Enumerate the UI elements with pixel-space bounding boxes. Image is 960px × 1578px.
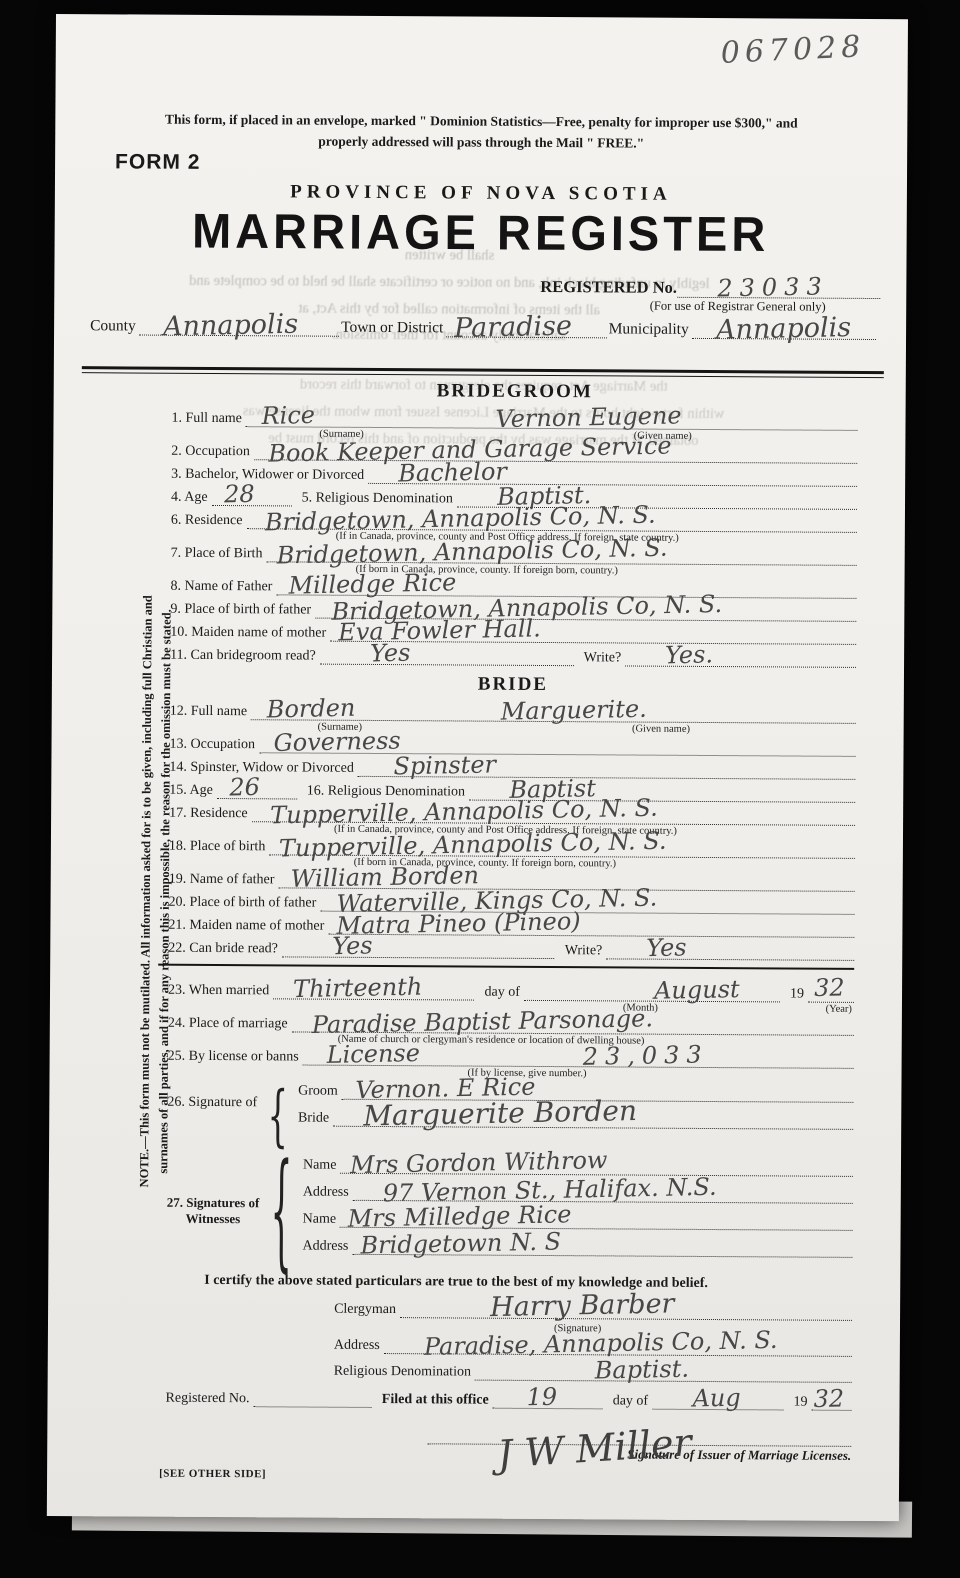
issuer-signature-row: J W Miller (165, 1412, 851, 1447)
field-label: 17. Residence (169, 806, 252, 823)
clergyman-block: Clergyman Harry Barber (Signature) Addre… (334, 1300, 852, 1383)
field-label: 4. Age (171, 490, 212, 506)
handwritten-value: Yes (332, 931, 373, 960)
field-label: day of (603, 1393, 652, 1409)
handwritten-value: 23,033 (582, 1040, 709, 1071)
field-label: Address (303, 1185, 353, 1201)
clergyman-signature: Harry Barber (490, 1288, 675, 1323)
field-label: 20. Place of birth of father (169, 895, 321, 912)
field-label: Filed at this office (372, 1392, 493, 1409)
dotted-line: Bachelor (368, 465, 857, 487)
dotted-line: Marguerite Borden (333, 1108, 853, 1130)
handwritten-value: Rice (262, 401, 316, 430)
dotted-line: 19 (493, 1390, 603, 1410)
field-row: Name Mrs Gordon Withrow (303, 1156, 853, 1177)
dotted-line: Mrs Gordon Withrow (340, 1155, 853, 1177)
witness-label-line: Witnesses (167, 1211, 260, 1228)
handwritten-value: Vernon Eugene (496, 401, 683, 433)
field-label: 3. Bachelor, Widower or Divorced (171, 467, 368, 484)
dotted-line: Annapolis (692, 320, 876, 340)
dotted-line: Annapolis (139, 317, 339, 337)
dotted-line: Mrs Milledge Rice (340, 1209, 853, 1231)
issuer-signature: J W Miller (496, 1420, 693, 1476)
dotted-line (253, 1388, 371, 1408)
registered-number-block: REGISTERED No. 23033 (For use of Registr… (540, 277, 880, 315)
handwritten-value: August (654, 975, 740, 1005)
field-label: 23. When married (168, 983, 273, 1000)
field-row: 17. Residence Tupperville, Annapolis Co,… (169, 804, 855, 826)
field-label: 11. Can bridegroom read? (170, 648, 320, 665)
dotted-line: Spinster (358, 758, 856, 780)
dotted-line: 32 (808, 984, 854, 1003)
field-label: 8. Name of Father (170, 579, 276, 596)
dotted-line: 23033 (677, 279, 880, 299)
dotted-line: Tupperville, Annapolis Co, N. S. (269, 836, 855, 859)
witness-address: Bridgetown N. S (360, 1227, 561, 1259)
dotted-line: Rice Vernon Eugene (246, 408, 858, 431)
field-label: Clergyman (334, 1302, 400, 1318)
caption: (Given name) (632, 724, 690, 735)
field-label: Registered No. (165, 1391, 253, 1408)
dotted-line: Borden Marguerite. (251, 701, 856, 724)
field-row: 12. Full name Borden Marguerite. (170, 702, 856, 724)
field-label: 12. Full name (170, 704, 251, 720)
dotted-line: Yes (606, 940, 854, 961)
field-label: Name (303, 1158, 341, 1174)
handwritten-value: Marguerite. (501, 695, 648, 726)
form-body: BRIDEGROOM 1. Full name Rice Vernon Euge… (47, 376, 906, 1484)
field-label: day of (474, 985, 523, 1001)
handwritten-value: Yes (646, 933, 687, 962)
dotted-line: License 23,033 (303, 1047, 854, 1069)
field-row: Address 97 Vernon St., Halifax. N.S. (303, 1183, 853, 1204)
field-label: 25. By license or banns (168, 1049, 303, 1066)
dotted-line: J W Miller (427, 1413, 851, 1447)
dotted-line: Paradise (446, 318, 606, 338)
field-row: Address Bridgetown N. S (302, 1237, 852, 1258)
field-label: 26. Signature of (167, 1081, 257, 1150)
field-row: 6. Residence Bridgetown, Annapolis Co, N… (171, 511, 857, 533)
year-prefix: 19 (783, 1394, 811, 1410)
bride-heading: BRIDE (170, 672, 856, 698)
field-row: 1. Full name Rice Vernon Eugene (171, 409, 857, 431)
dotted-line: Thirteenth (273, 980, 474, 1000)
field-row: 21. Maiden name of mother Matra Pineo (P… (168, 916, 854, 938)
field-label: Address (302, 1239, 352, 1255)
dotted-line: Paradise Baptist Parsonage. (292, 1013, 854, 1035)
brace-glyph: { (270, 1135, 293, 1285)
field-label: 21. Maiden name of mother (168, 918, 328, 935)
field-label: 1. Full name (171, 411, 245, 427)
field-label: 2. Occupation (171, 444, 254, 461)
field-label: 9. Place of birth of father (170, 602, 315, 619)
field-label: 15. Age (169, 783, 217, 799)
field-label: 10. Maiden name of mother (170, 625, 330, 642)
field-row: 2. Occupation Book Keeper and Garage Ser… (171, 442, 857, 464)
county-value: Annapolis (162, 309, 298, 343)
handwritten-value: Bachelor (398, 457, 507, 487)
field-label: Name (303, 1212, 341, 1228)
field-label: 27. Signatures of Witnesses (166, 1155, 259, 1264)
field-row: 11. Can bridegroom read? Yes Write? Yes. (170, 646, 856, 668)
field-row: Religious Denomination Baptist. (334, 1362, 852, 1383)
field-label: 19. Name of father (169, 872, 279, 889)
registered-no-value: 23033 (717, 272, 829, 302)
field-row: Registered No. Filed at this office 19 d… (165, 1389, 851, 1411)
municipality-value: Annapolis (715, 312, 851, 346)
handwritten-value: Thirteenth (293, 973, 423, 1004)
handwritten-value: Baptist. (595, 1355, 690, 1385)
certification-statement: I certify the above stated particulars a… (204, 1273, 852, 1293)
field-label: 13. Occupation (169, 737, 259, 754)
field-label: Bride (298, 1110, 333, 1126)
handwritten-value: 32 (814, 973, 845, 1002)
dotted-line: Yes (320, 646, 574, 667)
field-label: 18. Place of birth (169, 839, 270, 856)
dotted-line: August (524, 982, 780, 1003)
dotted-line: Baptist. (475, 1362, 852, 1383)
scanned-page: 067028 shall be written legibly in unfad… (47, 14, 908, 1521)
caption: (Year) (826, 1004, 852, 1015)
witness-label-line: 27. Signatures of (167, 1195, 260, 1212)
dotted-line: Harry Barber (400, 1299, 852, 1321)
field-label: Address (334, 1338, 384, 1354)
handwritten-value: Aug (692, 1384, 741, 1413)
scan-background: { "scan": { "doc_number": "067028" }, "h… (0, 0, 960, 1578)
district-value: Paradise (454, 311, 572, 344)
handwritten-value: Governess (273, 726, 401, 757)
dotted-line: Aug (652, 1391, 784, 1411)
municipality-label: Municipality (607, 320, 692, 339)
handwritten-value: 32 (813, 1384, 844, 1413)
dotted-line: Yes (282, 938, 555, 959)
dotted-line: Bridgetown, Annapolis Co, N. S. (266, 543, 856, 566)
field-label: Groom (298, 1083, 342, 1099)
form-number-label: FORM 2 (115, 150, 200, 175)
field-row: 22. Can bride read? Yes Write? Yes (168, 939, 854, 961)
district-label: Town or District (339, 319, 446, 338)
handwritten-value: Yes. (665, 640, 713, 669)
field-label: 7. Place of Birth (171, 546, 267, 563)
handwritten-value: Yes (369, 639, 410, 668)
year-prefix: 19 (780, 986, 808, 1002)
page-title: MARRIAGE REGISTER (55, 201, 907, 263)
field-label: 24. Place of marriage (168, 1016, 292, 1033)
dotted-line: Governess (259, 734, 856, 757)
handwritten-value: Matra Pineo (Pineo) (336, 907, 581, 940)
dotted-line: Paradise, Annapolis Co, N. S. (384, 1335, 852, 1357)
field-row: Name Mrs Milledge Rice (303, 1210, 853, 1231)
witness-column: Name Mrs Gordon Withrow Address 97 Verno… (302, 1156, 853, 1267)
dotted-line: 32 (811, 1392, 851, 1411)
signature-column: Groom Vernon. E Rice Bride Marguerite Bo… (298, 1081, 854, 1152)
field-row: 10. Maiden name of mother Eva Fowler Hal… (170, 623, 856, 645)
section-divider (158, 964, 854, 973)
handwritten-value: Borden (267, 694, 356, 724)
handwritten-value: 19 (526, 1383, 557, 1412)
county-row: County Annapolis Town or District Paradi… (88, 316, 876, 340)
field-label: Write? (574, 650, 626, 666)
field-label: Religious Denomination (334, 1364, 475, 1381)
dotted-line: 28 (212, 487, 292, 506)
margin-note: NOTE.—This form must not be mutilated. A… (135, 543, 177, 1239)
handwritten-value: Eva Fowler Hall. (338, 614, 541, 646)
document-number: 067028 (721, 29, 867, 71)
mail-instructions: This form, if placed in an envelope, mar… (55, 109, 907, 156)
dotted-line: Matra Pineo (Pineo) (328, 916, 854, 938)
county-label: County (88, 317, 139, 335)
witnesses-block: 27. Signatures of Witnesses { Name Mrs G… (166, 1155, 853, 1267)
field-label: 14. Spinster, Widow or Divorced (169, 760, 358, 777)
bride-signature: Marguerite Borden (363, 1094, 637, 1132)
handwritten-value: 26 (229, 773, 260, 802)
field-label: 6. Residence (171, 513, 247, 529)
dotted-line: 97 Vernon St., Halifax. N.S. (353, 1182, 853, 1204)
dotted-line: Book Keeper and Garage Service (254, 441, 858, 464)
field-label: 22. Can bride read? (168, 941, 282, 958)
registered-no-label: REGISTERED No. (540, 277, 677, 298)
dotted-line: Yes. (625, 647, 856, 667)
dotted-line: Tupperville, Annapolis Co, N. S. (252, 803, 856, 826)
field-row: Clergyman Harry Barber (334, 1300, 852, 1321)
handwritten-value: License (326, 1039, 420, 1069)
handwritten-value: Paradise Baptist Parsonage. (311, 1004, 653, 1039)
dotted-line: Bridgetown N. S (352, 1236, 852, 1258)
witness-name: Mrs Gordon Withrow (350, 1146, 608, 1179)
dotted-line: Bridgetown, Annapolis Co, N. S. (246, 510, 857, 533)
handwritten-value: Spinster (394, 750, 497, 780)
field-row: 13. Occupation Governess (169, 735, 855, 757)
field-label: Write? (555, 943, 607, 959)
dotted-line: 26 (217, 780, 297, 799)
handwritten-value: 28 (223, 480, 254, 509)
field-row: Address Paradise, Annapolis Co, N. S. (334, 1336, 852, 1357)
field-row: Bride Marguerite Borden (298, 1108, 853, 1129)
